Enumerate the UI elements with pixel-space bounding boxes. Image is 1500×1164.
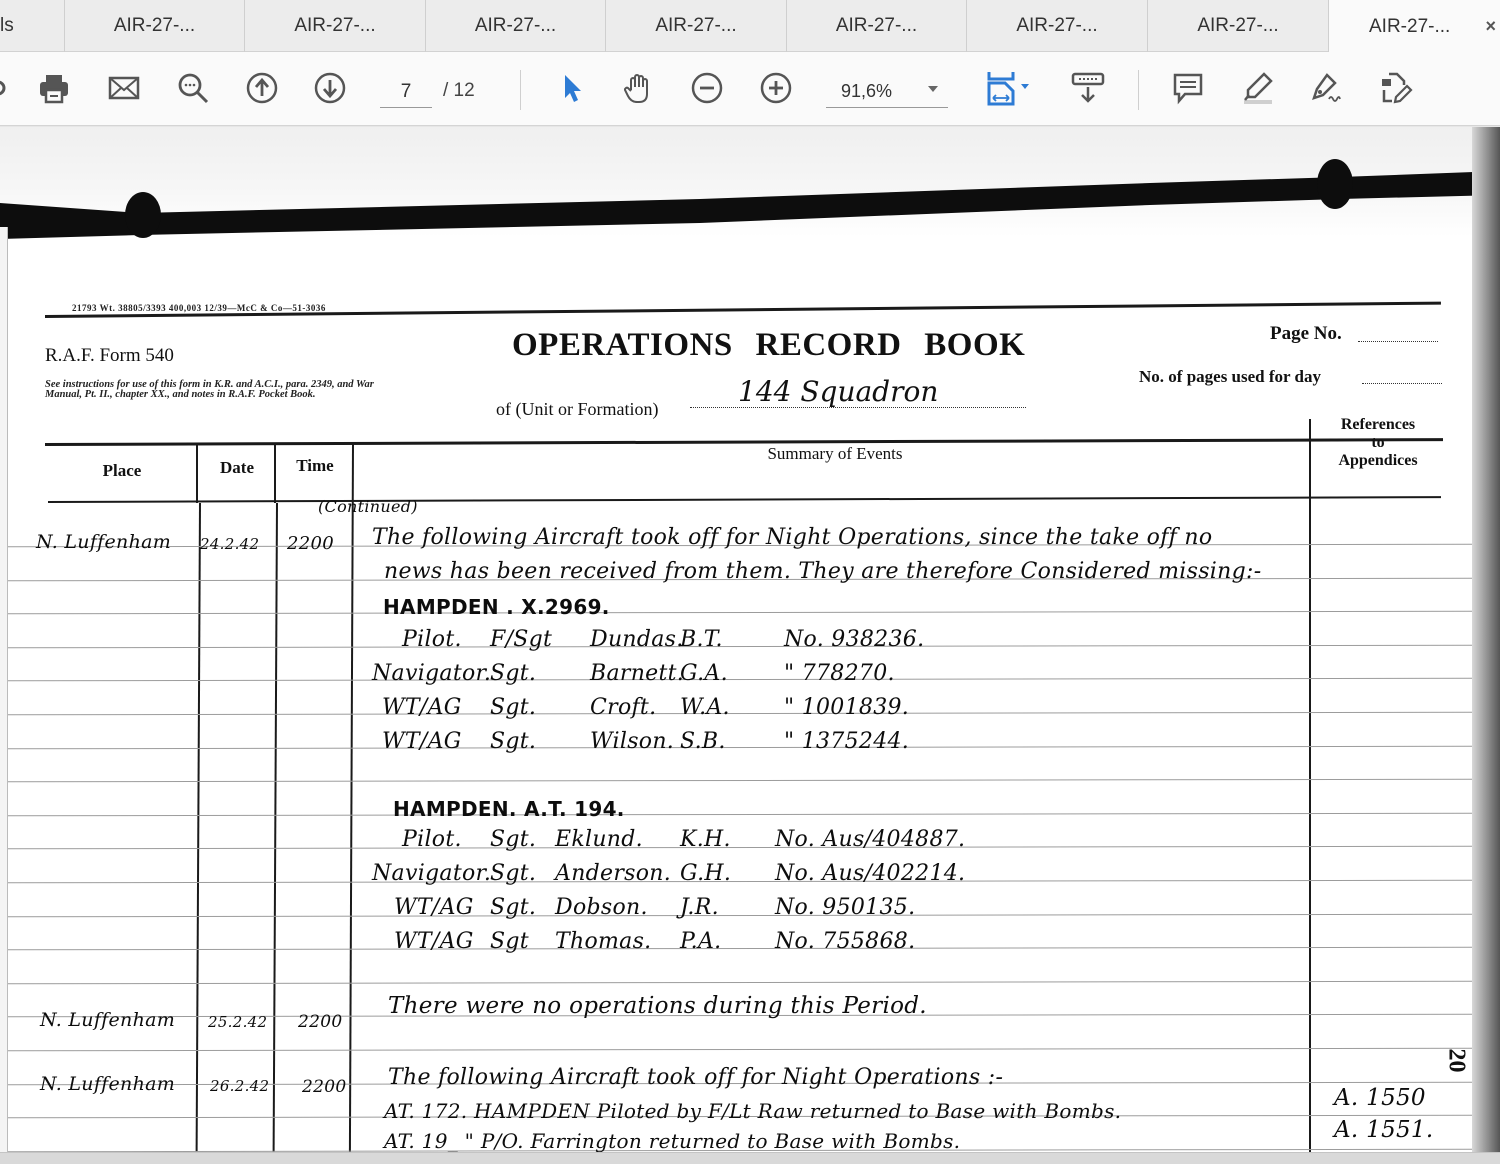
print-icon[interactable]: [34, 68, 74, 108]
summary-line: AT. 172. HAMPDEN Piloted by F/Lt Raw ret…: [384, 1099, 1121, 1123]
zoom-level-dropdown[interactable]: 91,6%: [826, 76, 948, 108]
crew-no: No. 938236.: [784, 627, 924, 652]
column-divider-summary: [349, 443, 354, 1152]
column-header-references: References to Appendices: [1316, 416, 1440, 470]
aircraft-name: HAMPDEN . X.2969.: [383, 595, 610, 619]
crew-name: Barnett.: [590, 661, 684, 686]
summary-line: There were no operations during this Per…: [388, 993, 927, 1019]
crew-rank: F/Sgt: [490, 627, 552, 652]
ruled-line: [8, 745, 1472, 749]
crew-initials: K.H.: [680, 827, 731, 852]
tab-4[interactable]: AIR-27-...: [606, 0, 787, 52]
crew-initials: W.A.: [680, 695, 730, 720]
crew-no: " 1001839.: [784, 695, 909, 720]
crew-name: Croft.: [590, 695, 656, 720]
tab-label: AIR-27-...: [1016, 15, 1097, 37]
crew-role: WT/AG: [382, 729, 462, 754]
page-stamp-number: 20: [1443, 1049, 1470, 1073]
scanned-page: 21793 Wt. 38805/3393 400,003 12/39—McC &…: [0, 127, 1500, 1152]
summary-line: news has been received from them. They a…: [384, 559, 1261, 584]
crew-initials: B.T.: [680, 627, 723, 652]
find-icon[interactable]: [173, 68, 213, 108]
crew-initials: G.H.: [680, 861, 731, 886]
document-viewport[interactable]: 21793 Wt. 38805/3393 400,003 12/39—McC &…: [0, 127, 1500, 1152]
column-divider: [196, 445, 198, 503]
scroll-mode-icon[interactable]: [1068, 68, 1108, 108]
email-icon[interactable]: [104, 68, 144, 108]
references-line: Appendices: [1316, 452, 1440, 470]
ruled-line: [8, 813, 1472, 817]
crew-no: " 778270.: [784, 661, 895, 686]
column-header-date: Date: [200, 458, 274, 478]
entry-time: 2200: [298, 1012, 342, 1032]
crew-role: WT/AG: [382, 695, 462, 720]
form-label: R.A.F. Form 540: [45, 345, 174, 367]
crew-rank: Sgt: [490, 929, 529, 954]
summary-line: AT. 19_ " P/O. Farrington returned to Ba…: [384, 1129, 960, 1152]
hand-pan-icon[interactable]: [619, 68, 659, 108]
crew-initials: J.R.: [680, 895, 719, 920]
column-divider-references: [1309, 419, 1311, 1152]
zoom-out-icon[interactable]: [687, 68, 727, 108]
pdf-toolbar: / 12 91,6%: [0, 52, 1500, 126]
column-header-time: Time: [278, 456, 352, 476]
previous-page-icon[interactable]: [242, 68, 282, 108]
form-instructions: See instructions for use of this form in…: [45, 380, 395, 400]
entry-time: 2200: [302, 1077, 346, 1097]
ruled-line: [8, 712, 1472, 716]
column-divider: [274, 445, 276, 503]
column-header-summary: Summary of Events: [720, 444, 950, 464]
crew-name: Wilson.: [590, 729, 674, 754]
unit-value: 144 Squadron: [738, 375, 938, 408]
crew-no: No. Aus/402214.: [775, 861, 965, 886]
crew-name: Dobson.: [555, 895, 648, 920]
crew-no: No. 950135.: [775, 895, 915, 920]
toolbar-divider: [520, 70, 521, 110]
ruled-line: [8, 846, 1472, 850]
crew-role: Navigator.: [372, 661, 491, 686]
ruled-line: [8, 1048, 1472, 1052]
zoom-in-icon[interactable]: [756, 68, 796, 108]
page-no-label: Page No.: [1270, 323, 1342, 345]
ruled-line: [8, 947, 1472, 951]
entry-place: N. Luffenham: [36, 531, 171, 553]
tab-8-active[interactable]: AIR-27-... ×: [1329, 0, 1500, 53]
crew-role: Navigator.: [372, 861, 491, 886]
tab-0[interactable]: ls: [0, 0, 65, 52]
ruled-line: [8, 779, 1472, 783]
crew-initials: G.A.: [680, 661, 728, 686]
zoom-level-value: 91,6%: [841, 81, 892, 102]
page-title: OPERATIONS RECORD BOOK: [512, 327, 1025, 364]
tab-label: AIR-27-...: [655, 15, 736, 37]
crew-rank: Sgt.: [490, 827, 536, 852]
continued-note: (Continued): [318, 497, 418, 516]
crew-no: No. 755868.: [775, 929, 915, 954]
close-tab-icon[interactable]: ×: [1485, 16, 1496, 37]
current-page-input[interactable]: [380, 76, 432, 108]
appendix-reference: A. 1551.: [1334, 1117, 1433, 1143]
column-divider-date: [273, 503, 278, 1152]
tab-label: AIR-27-...: [1369, 16, 1450, 38]
crew-name: Thomas.: [555, 929, 651, 954]
page-no-dotted-line: [1358, 341, 1438, 342]
ruled-line: [8, 611, 1472, 615]
tab-2[interactable]: AIR-27-...: [245, 0, 426, 52]
summary-line: The following Aircraft took off for Nigh…: [388, 1065, 1003, 1090]
horizontal-scrollbar[interactable]: [0, 1152, 1500, 1164]
tab-3[interactable]: AIR-27-...: [426, 0, 606, 52]
pages-used-dotted-line: [1362, 383, 1442, 384]
crew-no: " 1375244.: [784, 729, 909, 754]
entry-date: 26.2.42: [210, 1077, 269, 1095]
ruled-line: [8, 981, 1472, 985]
tab-5[interactable]: AIR-27-...: [787, 0, 967, 52]
column-divider-place: [196, 503, 201, 1152]
tab-1[interactable]: AIR-27-...: [65, 0, 245, 52]
tab-label: AIR-27-...: [294, 15, 375, 37]
appendix-reference: A. 1550: [1334, 1085, 1426, 1111]
tab-7[interactable]: AIR-27-...: [1148, 0, 1329, 52]
tab-label: AIR-27-...: [1197, 15, 1278, 37]
tab-label: AIR-27-...: [475, 15, 556, 37]
crew-rank: Sgt.: [490, 895, 536, 920]
comment-icon[interactable]: [1168, 68, 1208, 108]
print-code: 21793 Wt. 38805/3393 400,003 12/39—McC &…: [72, 303, 326, 313]
crew-name: Eklund.: [555, 827, 643, 852]
tab-label: ls: [0, 15, 14, 37]
entry-time: 2200: [287, 533, 334, 554]
ruled-line: [8, 913, 1472, 917]
entry-place: N. Luffenham: [40, 1073, 175, 1095]
crew-rank: Sgt.: [490, 661, 536, 686]
next-page-icon[interactable]: [310, 68, 350, 108]
crew-name: Anderson.: [555, 861, 671, 886]
ruled-line: [8, 645, 1472, 649]
unit-label: of (Unit or Formation): [496, 399, 658, 420]
sign-icon[interactable]: [1305, 68, 1345, 108]
crew-rank: Sgt.: [490, 861, 536, 886]
entry-place: N. Luffenham: [40, 1009, 175, 1031]
references-line: References: [1316, 416, 1440, 434]
ruled-line: [8, 678, 1472, 682]
crew-role: Pilot.: [402, 827, 462, 852]
edit-pdf-icon[interactable]: [1375, 68, 1415, 108]
tab-6[interactable]: AIR-27-...: [967, 0, 1148, 52]
crew-role: WT/AG: [394, 929, 474, 954]
crew-initials: S.B.: [680, 729, 726, 754]
table-header-bottom-rule: [48, 496, 1441, 503]
crew-initials: P.A.: [680, 929, 721, 954]
total-pages-label: / 12: [443, 80, 475, 102]
select-cursor-icon[interactable]: [552, 68, 592, 108]
tab-label: AIR-27-...: [836, 15, 917, 37]
entry-date: 25.2.42: [208, 1013, 267, 1031]
ruled-line: [8, 880, 1472, 884]
fit-page-icon[interactable]: [980, 68, 1036, 108]
crew-role: Pilot.: [402, 627, 462, 652]
crew-rank: Sgt.: [490, 695, 536, 720]
crew-name: Dundas.: [590, 627, 684, 652]
references-line: to: [1316, 434, 1440, 452]
summary-line: The following Aircraft took off for Nigh…: [372, 525, 1212, 550]
crew-rank: Sgt.: [490, 729, 536, 754]
crew-role: WT/AG: [394, 895, 474, 920]
tab-label: AIR-27-...: [114, 15, 195, 37]
entry-date: 24.2.42: [200, 535, 259, 553]
crew-no: No. Aus/404887.: [775, 827, 965, 852]
toolbar-divider: [1138, 70, 1139, 110]
chevron-down-icon: [928, 86, 938, 92]
document-tab-bar: ls AIR-27-... AIR-27-... AIR-27-... AIR-…: [0, 0, 1500, 52]
share-icon[interactable]: [0, 68, 18, 108]
pages-used-label: No. of pages used for day: [1139, 367, 1321, 387]
highlight-icon[interactable]: [1238, 68, 1278, 108]
aircraft-name: HAMPDEN. A.T. 194.: [393, 797, 625, 821]
column-header-place: Place: [60, 461, 184, 481]
